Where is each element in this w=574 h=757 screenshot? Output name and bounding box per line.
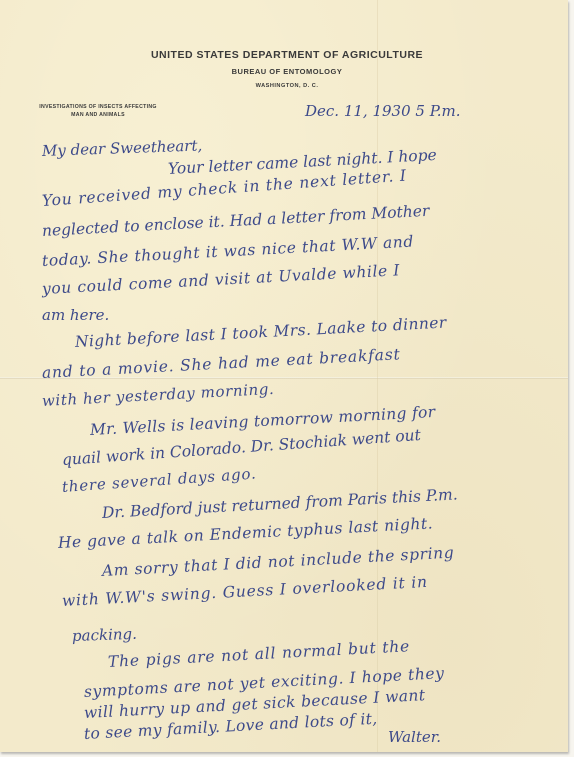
letterhead-location: WASHINGTON, D. C. <box>0 83 574 89</box>
letter-salutation: My dear Sweetheart, <box>42 136 203 160</box>
letter-line: with her yesterday morning. <box>42 380 275 410</box>
letterhead-department: UNITED STATES DEPARTMENT OF AGRICULTURE <box>0 49 574 61</box>
letterhead-bureau: BUREAU OF ENTOMOLOGY <box>0 67 574 76</box>
letter-line: packing. <box>72 625 137 645</box>
letter-line: The pigs are not all normal but the <box>108 637 411 671</box>
letter-line: there several days ago. <box>61 464 257 496</box>
letterhead-division: INVESTIGATIONS OF INSECTS AFFECTING MAN … <box>28 103 168 119</box>
division-line-1: INVESTIGATIONS OF INSECTS AFFECTING <box>28 103 168 111</box>
division-line-2: MAN AND ANIMALS <box>28 111 168 119</box>
letter-date: Dec. 11, 1930 5 P.m. <box>305 102 461 120</box>
letter-page: UNITED STATES DEPARTMENT OF AGRICULTURE … <box>0 0 568 752</box>
letter-signature: Walter. <box>388 728 441 746</box>
letter-line: am here. <box>42 306 109 324</box>
